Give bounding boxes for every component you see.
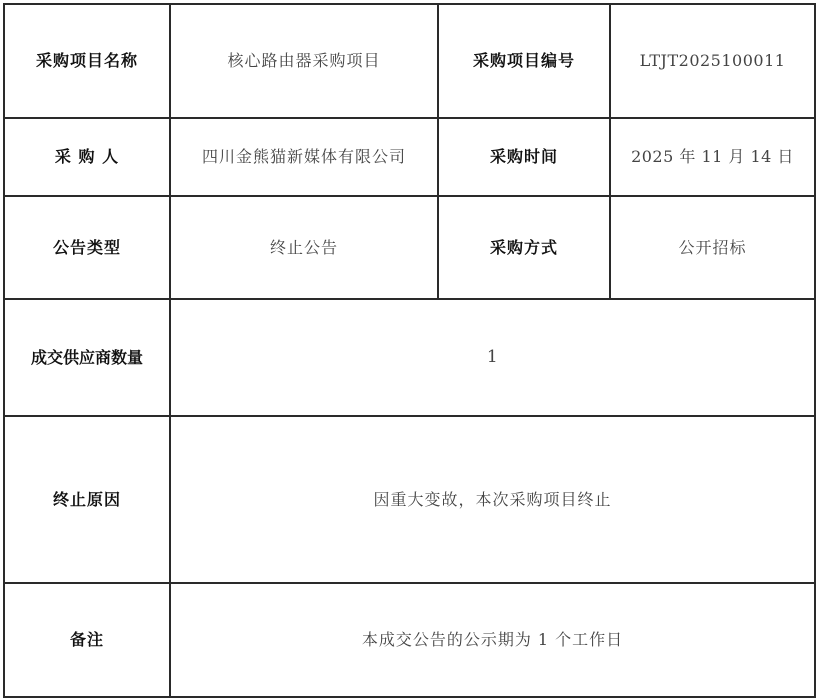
project-name-label: 采购项目名称 [4,4,170,118]
announcement-type-label: 公告类型 [4,196,170,299]
table-row-supplier-count: 成交供应商数量 1 [4,299,815,416]
table-row-remarks: 备注 本成交公告的公示期为 1 个工作日 [4,583,815,697]
project-name-value: 核心路由器采购项目 [170,4,438,118]
table-row-project: 采购项目名称 核心路由器采购项目 采购项目编号 LTJT2025100011 [4,4,815,118]
remarks-label: 备注 [4,583,170,697]
procurement-termination-table: 采购项目名称 核心路由器采购项目 采购项目编号 LTJT2025100011 采… [3,3,816,698]
purchase-date-value: 2025 年 11 月 14 日 [610,118,815,196]
supplier-count-value: 1 [170,299,815,416]
announcement-type-value: 终止公告 [170,196,438,299]
purchase-date-label: 采购时间 [438,118,610,196]
purchaser-value: 四川金熊猫新媒体有限公司 [170,118,438,196]
project-number-value: LTJT2025100011 [610,4,815,118]
supplier-count-label: 成交供应商数量 [4,299,170,416]
table-row-announcement: 公告类型 终止公告 采购方式 公开招标 [4,196,815,299]
termination-reason-value: 因重大变故，本次采购项目终止 [170,416,815,583]
remarks-value: 本成交公告的公示期为 1 个工作日 [170,583,815,697]
table-row-termination-reason: 终止原因 因重大变故，本次采购项目终止 [4,416,815,583]
project-number-label: 采购项目编号 [438,4,610,118]
purchaser-label: 采 购 人 [4,118,170,196]
table-row-purchaser: 采 购 人 四川金熊猫新媒体有限公司 采购时间 2025 年 11 月 14 日 [4,118,815,196]
procurement-method-label: 采购方式 [438,196,610,299]
procurement-method-value: 公开招标 [610,196,815,299]
termination-reason-label: 终止原因 [4,416,170,583]
